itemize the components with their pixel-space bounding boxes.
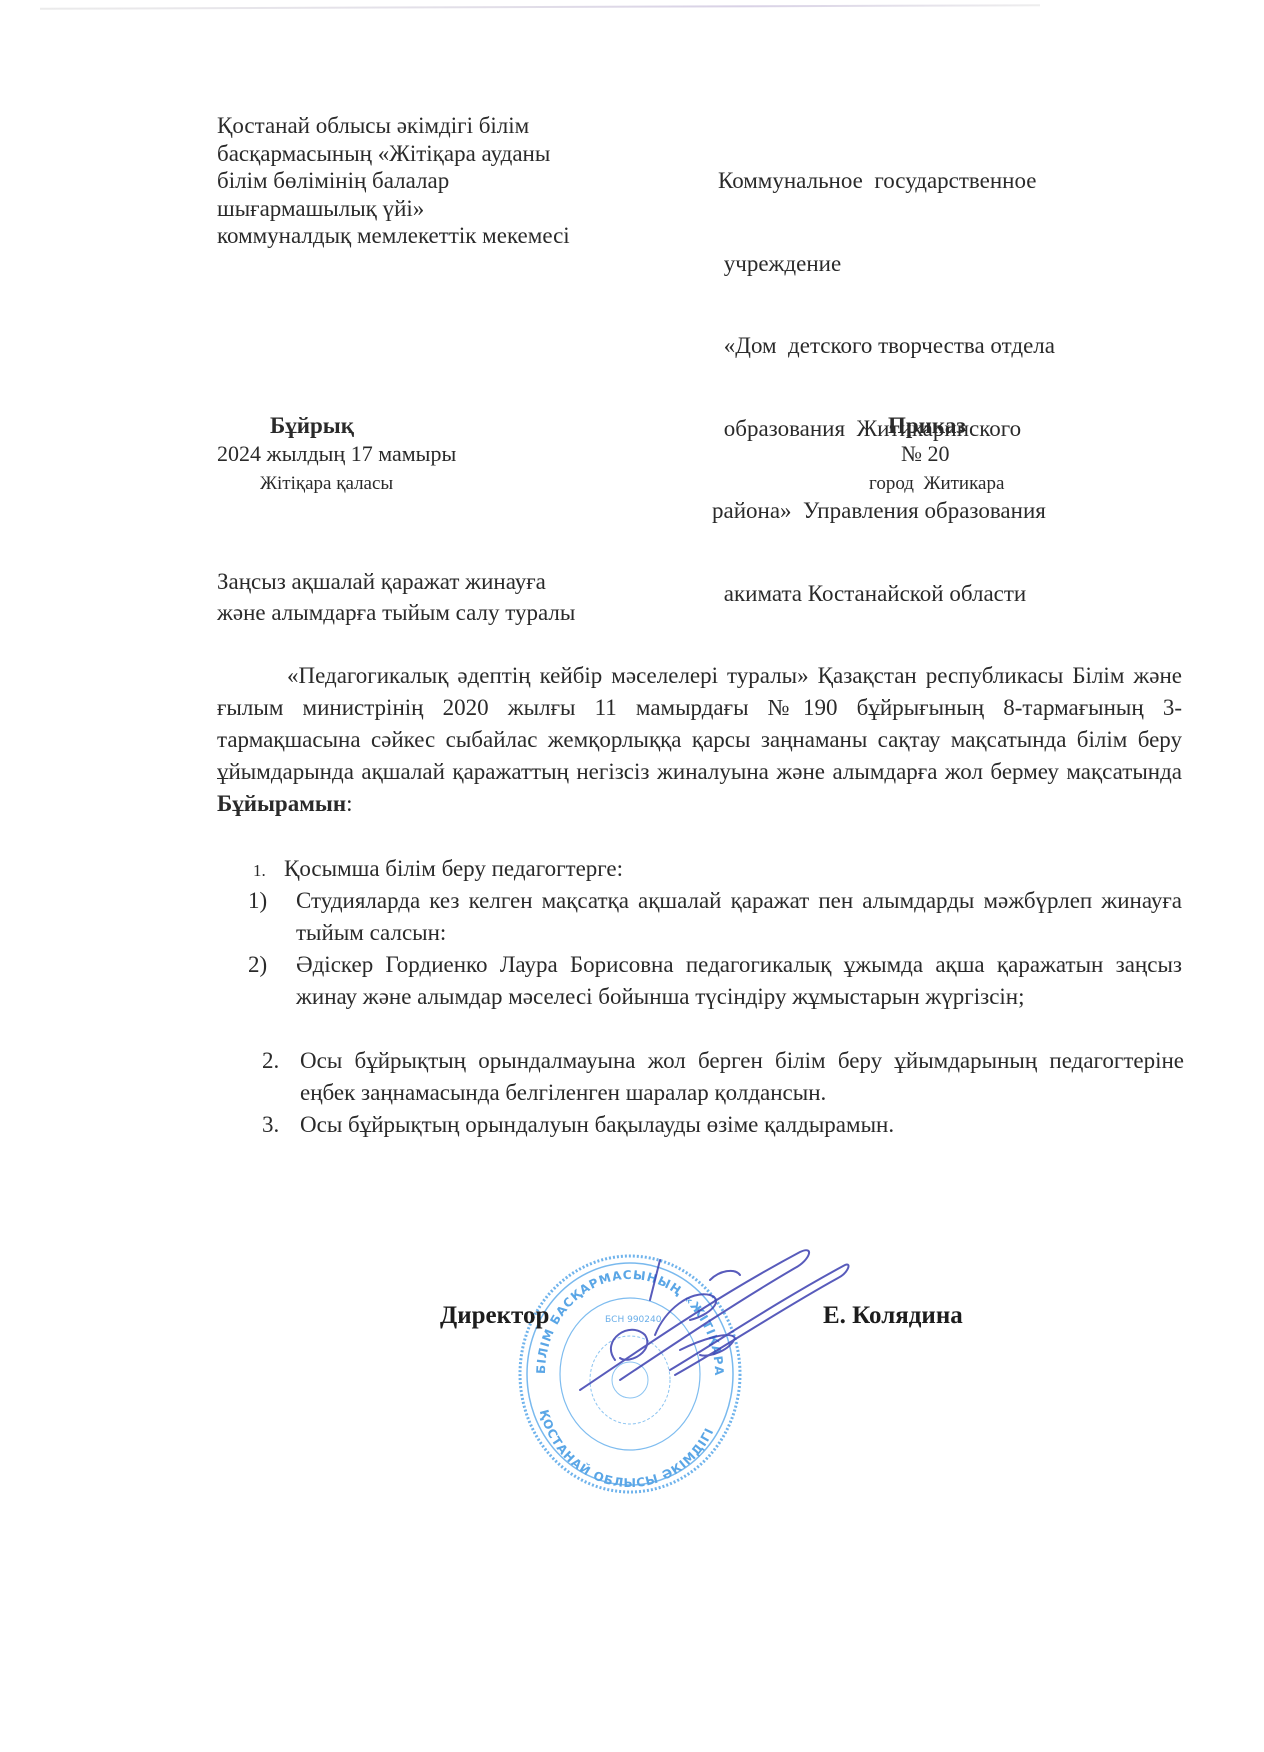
list-item-number: 1) (248, 885, 267, 917)
list-item-number: 2. (262, 1045, 279, 1077)
order-date-kz: 2024 жылдың 17 мамыры (217, 441, 456, 467)
list-item-number: 1. (253, 855, 266, 887)
header-ru-line: учреждение (718, 250, 1055, 278)
list-item-text: Осы бұйрықтың орындалмауына жол берген б… (300, 1045, 1184, 1109)
header-kz: Қостанай облысы әкімдігі білім басқармас… (217, 112, 570, 250)
preamble-bold-word: Бұйырамын (217, 791, 346, 816)
scan-artifact-line (40, 4, 1040, 9)
preamble-paragraph: «Педагогикалық әдептің кейбір мәселелері… (217, 660, 1182, 820)
header-ru-line: образования Житикаринского (718, 415, 1055, 443)
header-ru-line: акимата Костанайской области (718, 580, 1055, 608)
header-ru-line: Коммунальное государственное (718, 167, 1055, 195)
list-item-text: Осы бұйрықтың орындалуын бақылауды өзіме… (300, 1109, 894, 1141)
list-item: 1) Студияларда кез келген мақсатқа ақшал… (248, 885, 1182, 949)
order-subject: Заңсыз ақшалай қаражат жинауға және алым… (217, 566, 575, 628)
order-number: № 20 (901, 441, 950, 467)
header-kz-line: коммуналдық мемлекеттік мекемесі (217, 222, 570, 250)
signatory-position: Директор (440, 1302, 549, 1330)
list-item: 2. Осы бұйрықтың орындалмауына жол берге… (262, 1045, 1184, 1109)
order-city-kz: Жітіқара қаласы (260, 473, 393, 495)
list-item-text: Студияларда кез келген мақсатқа ақшалай … (296, 885, 1182, 949)
stamp-bottom-text: ҚОСТАНАЙ ОБЛЫСЫ ӘКІМДІГІ (537, 1408, 717, 1490)
order-city-ru: город Житикара (869, 473, 1004, 495)
list-item-number: 2) (248, 949, 267, 981)
order-title-ru: Приказ (888, 413, 966, 439)
list-item-number: 3. (262, 1109, 279, 1141)
order-title-kz: Бұйрық (270, 413, 354, 439)
header-kz-line: Қостанай облысы әкімдігі білім (217, 112, 570, 140)
header-ru-line: «Дом детского творчества отдела (718, 332, 1055, 360)
subject-line: және алымдарға тыйым салу туралы (217, 597, 575, 628)
header-kz-line: білім бөлімінің балалар (217, 167, 570, 195)
svg-text:ҚОСТАНАЙ ОБЛЫСЫ ӘКІМДІГІ: ҚОСТАНАЙ ОБЛЫСЫ ӘКІМДІГІ (537, 1408, 717, 1490)
preamble-text: «Педагогикалық әдептің кейбір мәселелері… (217, 663, 1182, 784)
subject-line: Заңсыз ақшалай қаражат жинауға (217, 566, 575, 597)
header-kz-line: шығармашылық үйі» (217, 195, 570, 223)
header-kz-line: басқармасының «Жітіқара ауданы (217, 140, 570, 168)
header-ru-line: района» Управления образования (712, 497, 1055, 525)
preamble-tail: : (346, 791, 352, 816)
header-ru: Коммунальное государственное учреждение … (718, 112, 1055, 635)
list-item-text: Әдіскер Гордиенко Лаура Борисовна педаго… (296, 949, 1182, 1013)
list-item: 2) Әдіскер Гордиенко Лаура Борисовна пед… (248, 949, 1182, 1045)
handwritten-signature (560, 1240, 850, 1410)
list-item-text: Қосымша білім беру педагогтерге: (284, 853, 623, 885)
